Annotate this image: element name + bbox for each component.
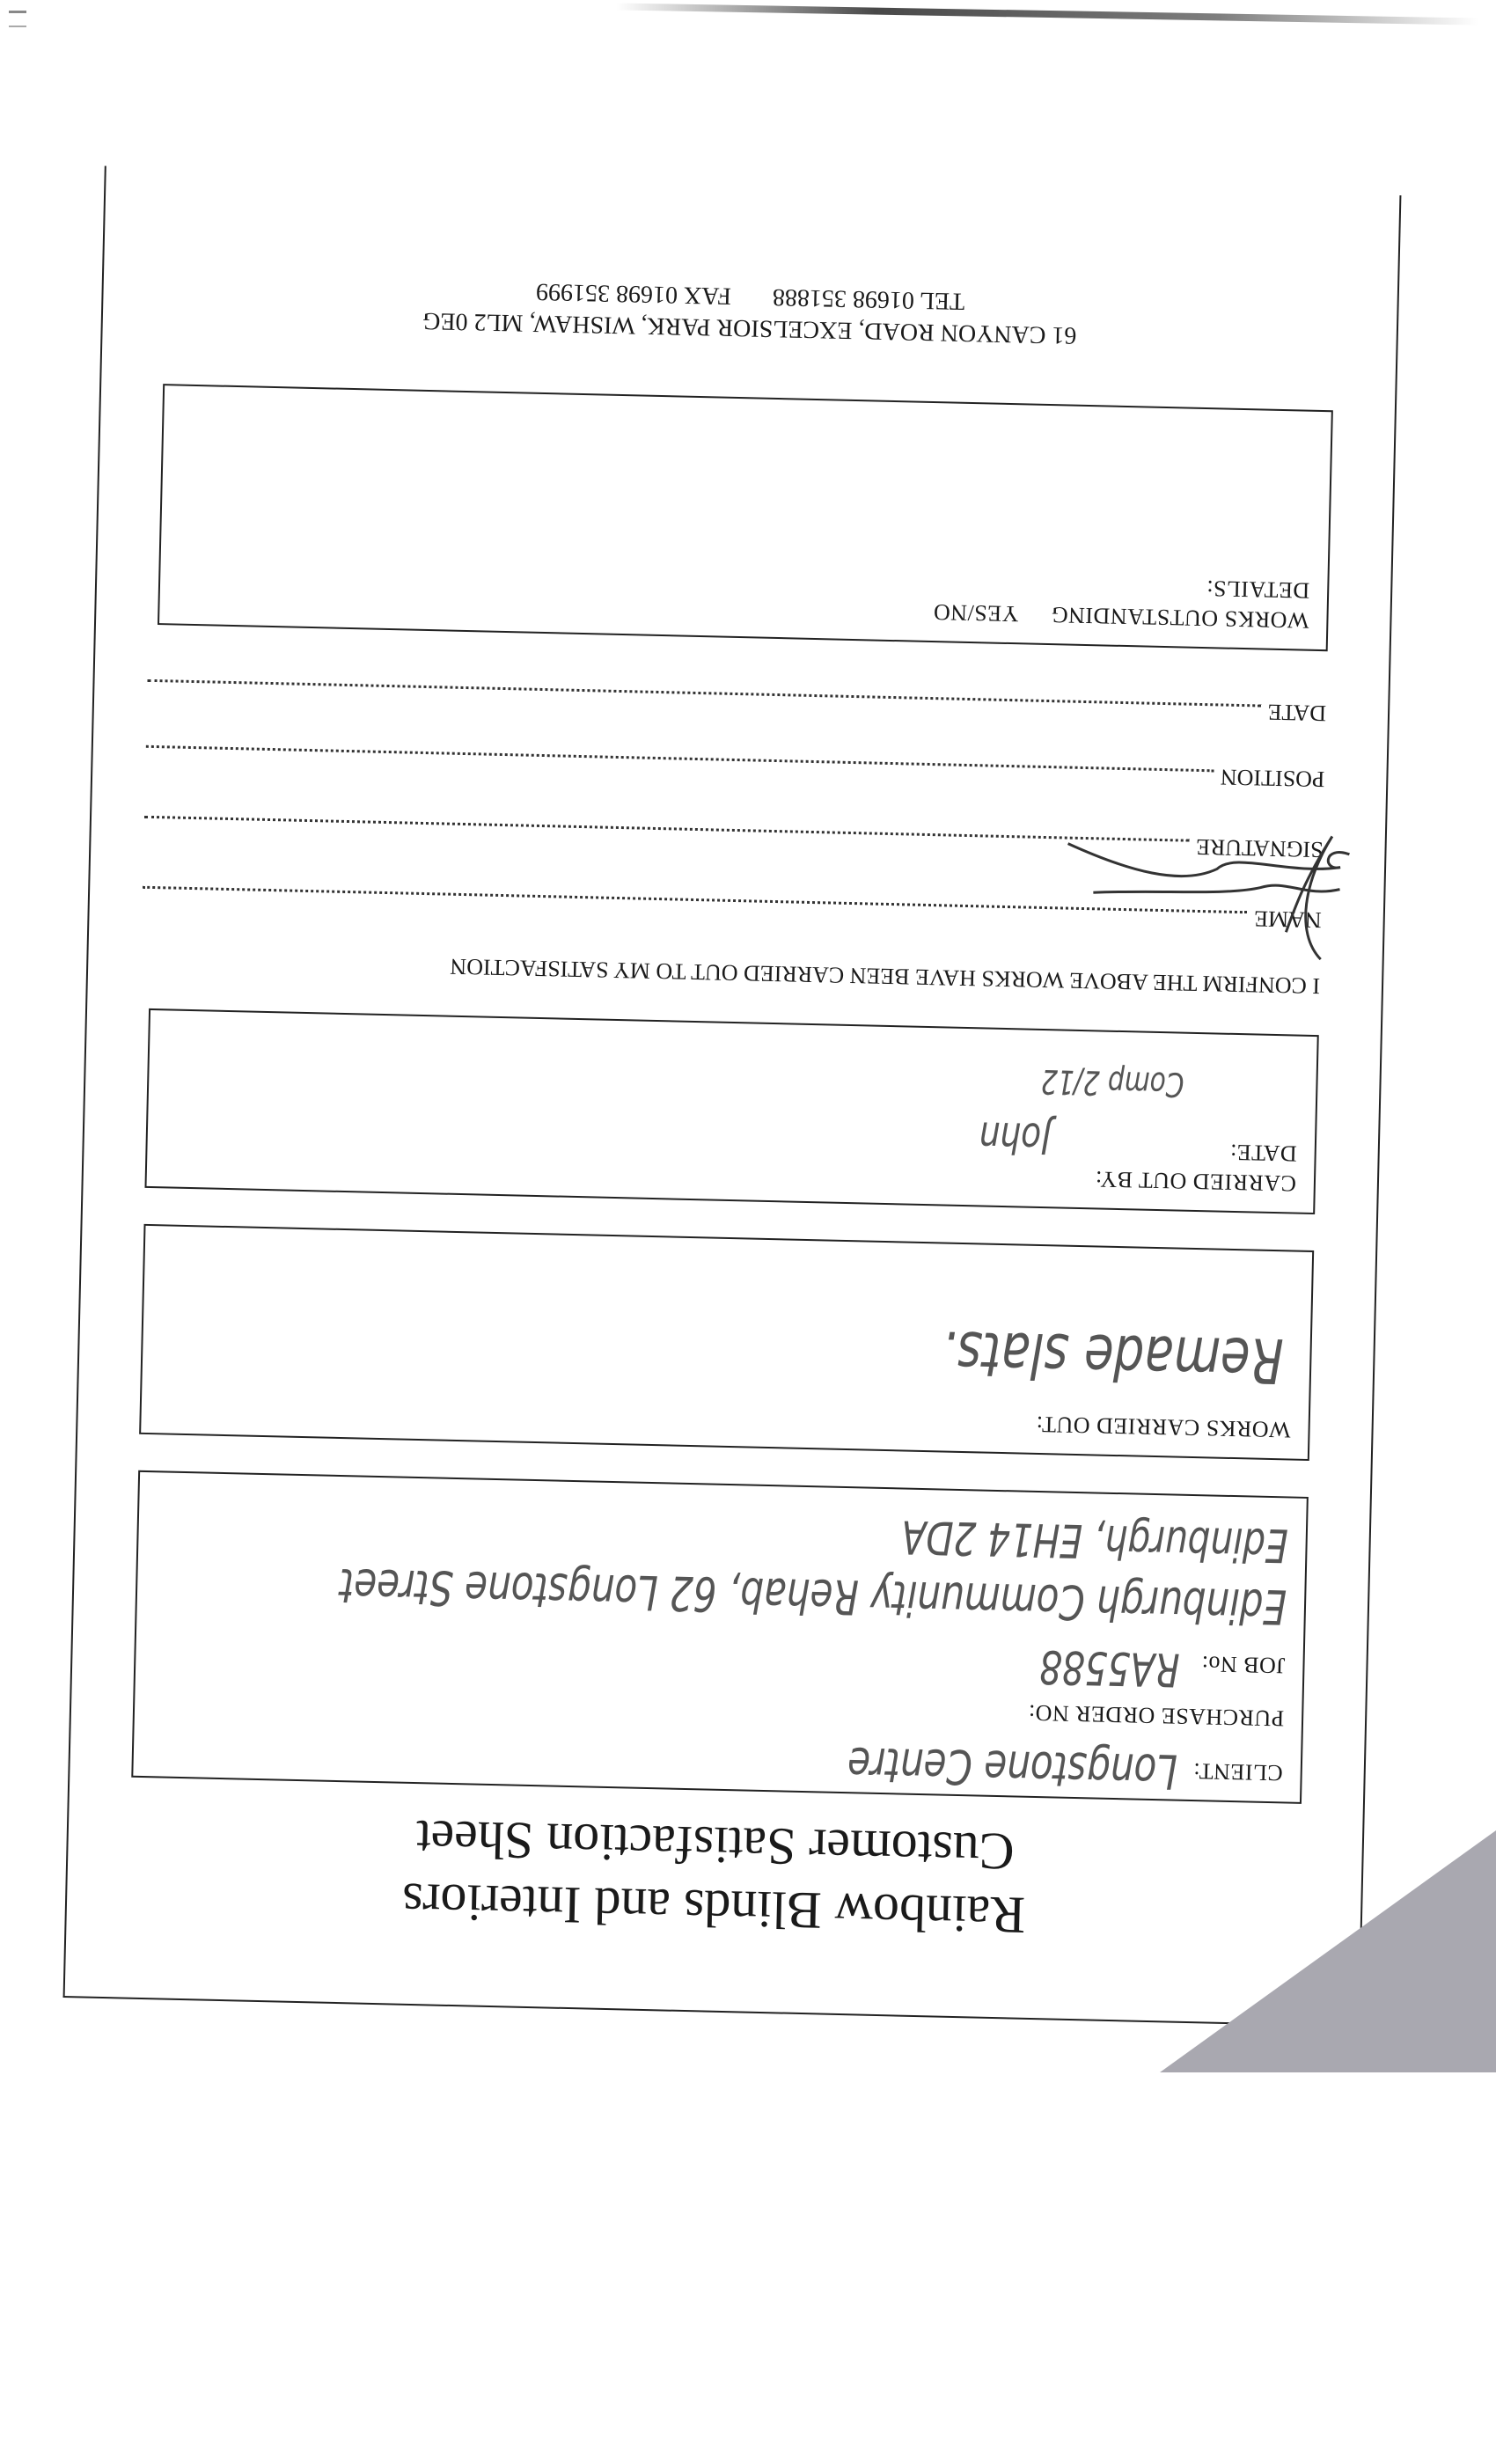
date-field[interactable]: [147, 679, 1261, 723]
scan-edge-shadow: [616, 3, 1478, 25]
carried-out-date-value[interactable]: Comp 2/12: [1040, 1062, 1184, 1104]
telephone: TEL 01698 351888: [773, 283, 965, 315]
date-line: DATE: [147, 673, 1326, 726]
carried-out-by-box: CARRIED OUT BY: DATE: John Comp 2/12: [144, 1008, 1318, 1214]
fax: FAX 01698 351999: [536, 278, 732, 310]
client-value[interactable]: Longstone Centre: [847, 1736, 1177, 1799]
carried-out-date-label: DATE:: [1229, 1139, 1297, 1167]
position-line: POSITION: [145, 739, 1324, 792]
client-address-line2[interactable]: Edinburgh, EH14 2DA: [901, 1510, 1288, 1572]
scan-artifact: [9, 11, 26, 27]
position-field[interactable]: [145, 745, 1214, 788]
works-outstanding-box: WORKS OUTSTANDING YES/NO DETAILS:: [158, 384, 1333, 651]
purchase-order-label: PURCHASE ORDER NO:: [1028, 1699, 1284, 1732]
carried-out-by-label: CARRIED OUT BY:: [1095, 1165, 1296, 1196]
client-label: CLIENT:: [1193, 1757, 1284, 1786]
position-label: POSITION: [1221, 764, 1325, 793]
details-label: DETAILS:: [1206, 575, 1309, 604]
works-carried-out-value[interactable]: Remade slats.: [941, 1316, 1284, 1397]
works-outstanding-label: WORKS OUTSTANDING YES/NO: [933, 598, 1309, 634]
date-label: DATE: [1267, 699, 1326, 726]
satisfaction-form: Rainbow Blinds and Interiors Customer Sa…: [63, 166, 1402, 2028]
form-heading: Rainbow Blinds and Interiors Customer Sa…: [66, 1799, 1362, 1954]
works-carried-out-label: WORKS CARRIED OUT:: [1036, 1411, 1291, 1443]
footer-address: 61 CANYON ROAD, EXCELSIOR PARK, WISHAW, …: [103, 266, 1397, 358]
works-carried-out-box: WORKS CARRIED OUT: Remade slats.: [139, 1224, 1314, 1461]
job-number-value[interactable]: RA5588: [1039, 1639, 1180, 1696]
carried-out-by-value[interactable]: John: [979, 1111, 1052, 1162]
client-box: CLIENT: Longstone Centre PURCHASE ORDER …: [131, 1470, 1309, 1804]
handwritten-signature: [959, 802, 1359, 986]
client-address-line1[interactable]: Edinburgh Community Rehab, 62 Longstone …: [339, 1558, 1287, 1634]
blank-scan-area: [0, 2072, 1496, 2464]
job-number-label: JOB No:: [1201, 1650, 1286, 1678]
works-outstanding-text: WORKS OUTSTANDING: [1051, 602, 1309, 634]
yes-no-option[interactable]: YES/NO: [933, 599, 1019, 627]
